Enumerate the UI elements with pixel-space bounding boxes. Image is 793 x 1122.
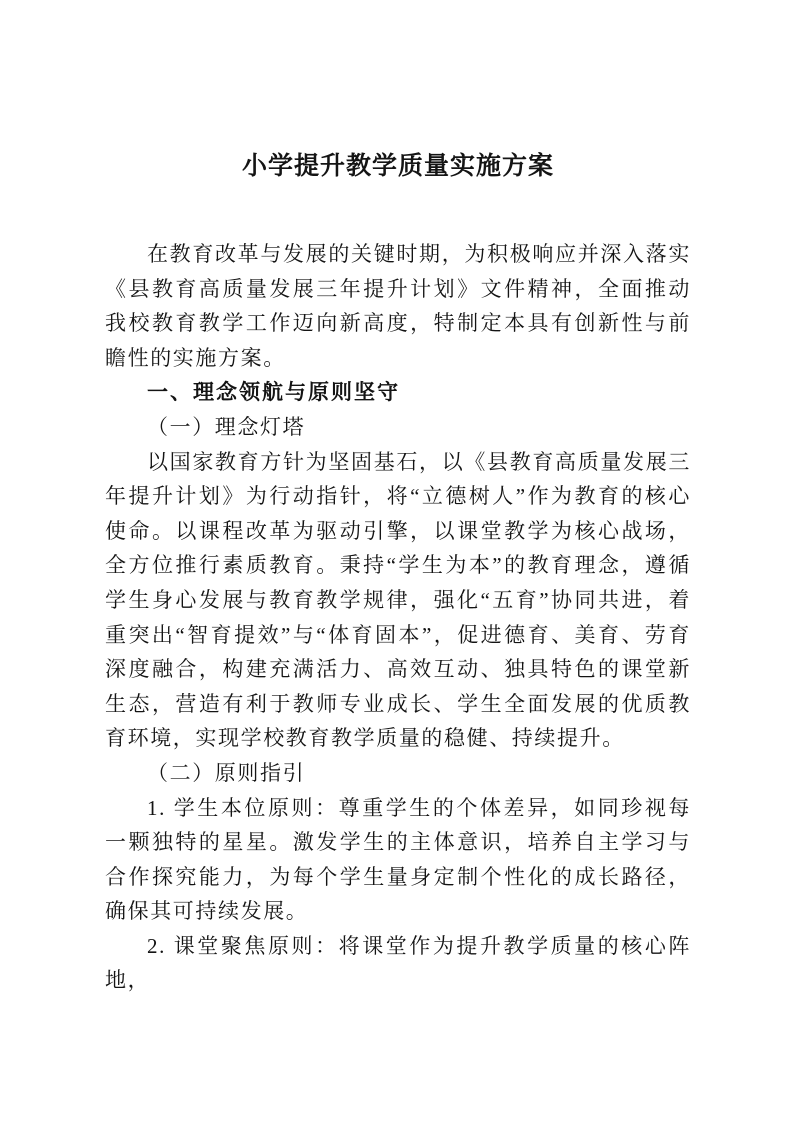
document-page: 小学提升教学质量实施方案 在教育改革与发展的关键时期，为积极响应并深入落实《县教… (0, 0, 793, 1122)
principle-item-2: 2. 课堂聚焦原则：将课堂作为提升教学质量的核心阵地， (105, 929, 691, 998)
document-body: 在教育改革与发展的关键时期，为积极响应并深入落实《县教育高质量发展三年提升计划》… (105, 237, 691, 998)
subsection-heading-principle-guide: （二）原则指引 (105, 756, 691, 791)
intro-paragraph: 在教育改革与发展的关键时期，为积极响应并深入落实《县教育高质量发展三年提升计划》… (105, 237, 691, 375)
document-title: 小学提升教学质量实施方案 (105, 148, 691, 186)
principle-item-1: 1. 学生本位原则：尊重学生的个体差异，如同珍视每一颗独特的星星。激发学生的主体… (105, 791, 691, 929)
concept-paragraph: 以国家教育方针为坚固基石，以《县教育高质量发展三年提升计划》为行动指针，将“立德… (105, 445, 691, 756)
subsection-heading-concept-beacon: （一）理念灯塔 (105, 410, 691, 445)
section-heading-principles: 一、理念领航与原则坚守 (105, 375, 691, 410)
